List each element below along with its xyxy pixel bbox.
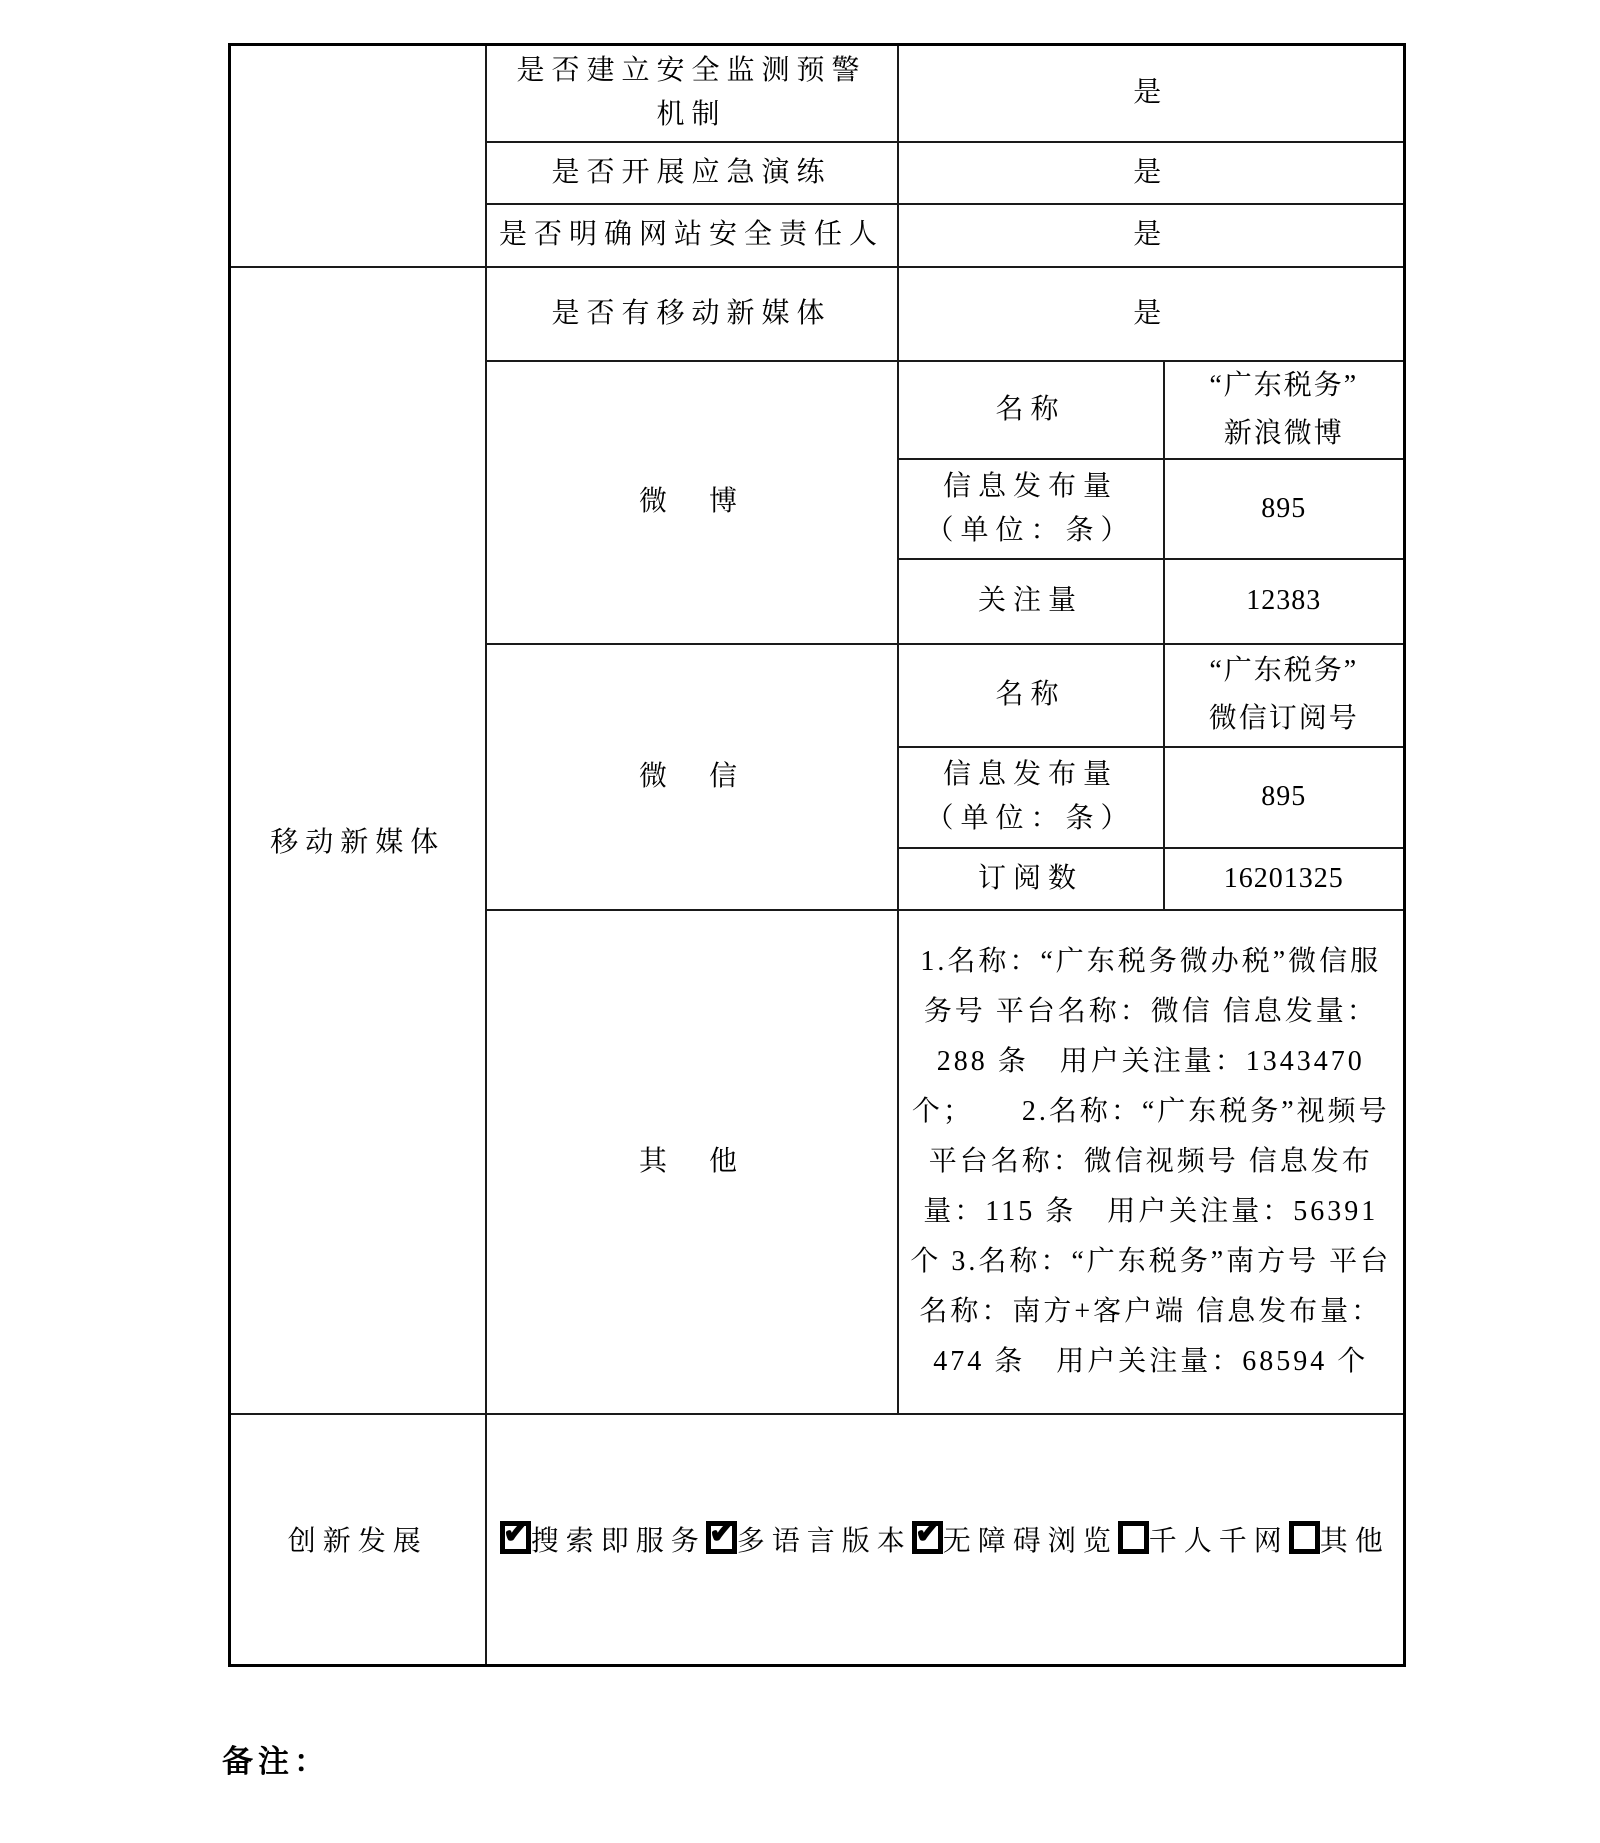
wechat-name-label: 名称 [898, 644, 1164, 747]
checkbox-label-accessibility: 无障碍浏览 [943, 1526, 1118, 1557]
wechat-label: 微 信 [486, 644, 898, 910]
checkbox-label-search-as-service: 搜索即服务 [531, 1526, 706, 1557]
weibo-name-line2: 新浪微博 [1175, 410, 1394, 458]
wechat-name-line1: “广东税务” [1175, 647, 1394, 695]
checkbox-personalized [1118, 1521, 1149, 1554]
security-monitor-label: 是否建立安全监测预警 机制 [486, 45, 898, 142]
table-row: 是否建立安全监测预警 机制 是 [230, 45, 1405, 142]
checkbox-label-personalized: 千人千网 [1149, 1526, 1289, 1557]
innovation-options: 搜索即服务多语言版本无障碍浏览千人千网其他 [486, 1414, 1405, 1666]
category-cell-empty [230, 45, 486, 267]
label-line2: 机制 [497, 93, 887, 137]
checkbox-label-multilingual: 多语言版本 [737, 1526, 912, 1557]
posts-label-line2: （单位：条） [909, 509, 1153, 553]
weibo-name-label: 名称 [898, 361, 1164, 459]
category-innovation: 创新发展 [230, 1414, 486, 1666]
checkbox-label-other: 其他 [1320, 1526, 1390, 1557]
security-officer-label: 是否明确网站安全责任人 [486, 204, 898, 267]
wechat-name-line2: 微信订阅号 [1175, 695, 1394, 743]
document-page: 是否建立安全监测预警 机制 是 是否开展应急演练 是 是否明确网站安全责任人 是… [0, 0, 1600, 1843]
checkbox-multilingual [706, 1521, 737, 1554]
posts-label-line1: 信息发布量 [909, 465, 1153, 509]
weibo-followers-value: 12383 [1164, 559, 1405, 644]
other-label: 其 他 [486, 910, 898, 1414]
emergency-drill-value: 是 [898, 142, 1405, 204]
checkbox-search-as-service [500, 1521, 531, 1554]
label-line1: 是否建立安全监测预警 [516, 55, 866, 86]
has-new-media-value: 是 [898, 267, 1405, 361]
weibo-label: 微 博 [486, 361, 898, 644]
security-officer-value: 是 [898, 204, 1405, 267]
checkbox-other [1289, 1521, 1320, 1554]
wechat-name-value: “广东税务” 微信订阅号 [1164, 644, 1405, 747]
wechat-subscribers-value: 16201325 [1164, 848, 1405, 910]
emergency-drill-label: 是否开展应急演练 [486, 142, 898, 204]
weibo-followers-label: 关注量 [898, 559, 1164, 644]
posts-label-line2: （单位：条） [909, 797, 1153, 841]
checkbox-accessibility [912, 1521, 943, 1554]
wechat-posts-label: 信息发布量 （单位：条） [898, 747, 1164, 848]
weibo-posts-value: 895 [1164, 459, 1405, 559]
category-mobile-new-media: 移动新媒体 [230, 267, 486, 1414]
weibo-posts-label: 信息发布量 （单位：条） [898, 459, 1164, 559]
weibo-name-value: “广东税务” 新浪微博 [1164, 361, 1405, 459]
remark-label: 备注： [222, 1736, 330, 1781]
weibo-name-line1: “广东税务” [1175, 362, 1394, 410]
has-new-media-label: 是否有移动新媒体 [486, 267, 898, 361]
other-platforms-text: 1.名称：“广东税务微办税”微信服务号 平台名称：微信 信息发量：288 条 用… [898, 910, 1405, 1414]
table-row: 移动新媒体 是否有移动新媒体 是 [230, 267, 1405, 361]
posts-label-line1: 信息发布量 [909, 753, 1153, 797]
wechat-posts-value: 895 [1164, 747, 1405, 848]
report-table: 是否建立安全监测预警 机制 是 是否开展应急演练 是 是否明确网站安全责任人 是… [228, 43, 1406, 1667]
table-row: 创新发展 搜索即服务多语言版本无障碍浏览千人千网其他 [230, 1414, 1405, 1666]
security-monitor-value: 是 [898, 45, 1405, 142]
wechat-subscribers-label: 订阅数 [898, 848, 1164, 910]
